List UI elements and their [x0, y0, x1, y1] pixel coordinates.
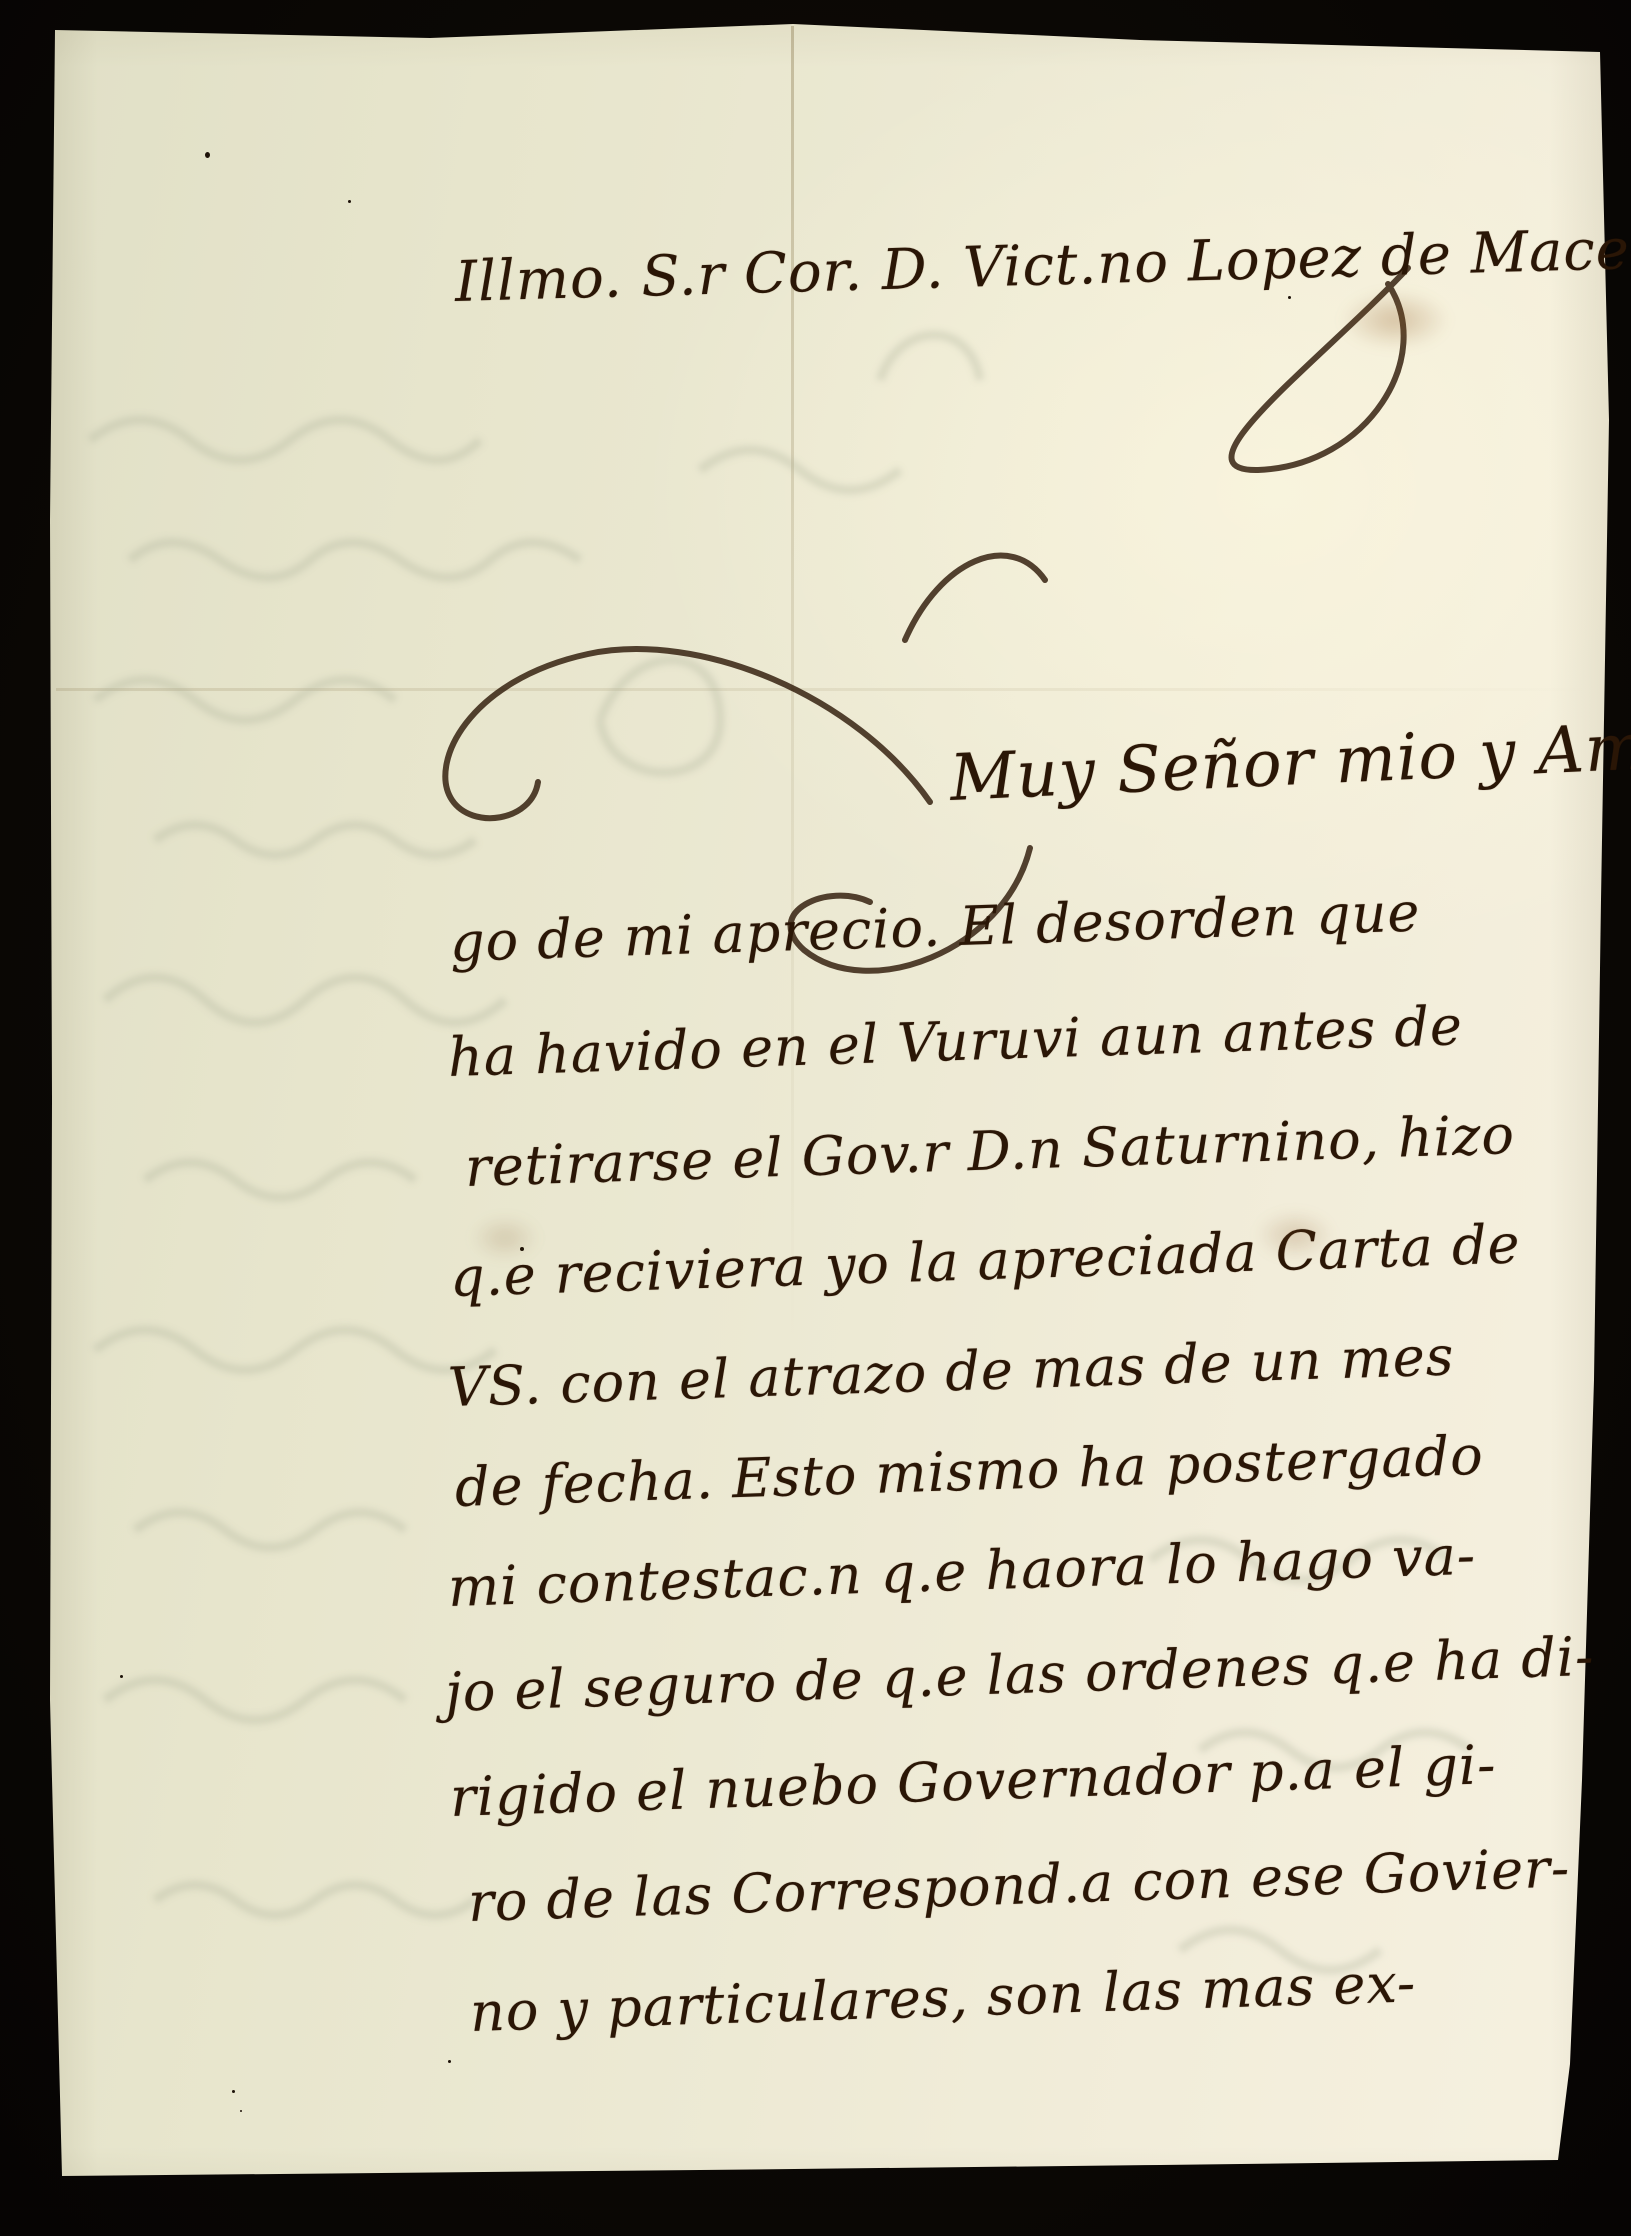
body-line-10: ro de las Correspond.a con ese Govier-	[467, 1836, 1571, 1934]
body-line-2: ha havido en el Vuruvi aun antes de	[447, 994, 1464, 1089]
ink-speck	[448, 2060, 451, 2063]
body-line-3: retirarse el Gov.r D.n Saturnino, hizo	[464, 1103, 1516, 1199]
ink-speck	[240, 2110, 242, 2112]
body-line-1: go de mi aprecio. El desorden que	[449, 881, 1421, 974]
letter-scan: Illmo. S.r Cor. D. Vict.no Lopez de Mace…	[0, 0, 1631, 2236]
salutation-line: Muy Señor mio y Ami-	[948, 708, 1631, 816]
body-line-5: VS. con el atrazo de mas de un mes	[447, 1324, 1455, 1419]
ink-speck	[205, 152, 210, 158]
body-line-11: no y particulares, son las mas ex-	[469, 1951, 1417, 2044]
ink-stain	[1340, 290, 1450, 350]
ink-stain	[470, 1215, 540, 1261]
ink-speck	[1288, 296, 1291, 299]
ink-stain	[1255, 1210, 1335, 1260]
ink-speck	[120, 1675, 123, 1678]
body-line-7: mi contestac.n q.e haora lo hago va-	[447, 1524, 1477, 1619]
ink-speck	[232, 2090, 235, 2093]
addressee-line: Illmo. S.r Cor. D. Vict.no Lopez de Mace…	[454, 215, 1631, 315]
body-line-4: q.e reciviera yo la apreciada Carta de	[449, 1212, 1521, 1309]
body-line-8: jo el seguro de q.e las ordenes q.e ha d…	[444, 1625, 1595, 1724]
body-line-9: rigido el nuebo Governador p.a el gi-	[449, 1733, 1497, 1829]
ink-speck	[348, 200, 351, 203]
body-line-6: de fecha. Esto mismo ha postergado	[454, 1424, 1484, 1519]
